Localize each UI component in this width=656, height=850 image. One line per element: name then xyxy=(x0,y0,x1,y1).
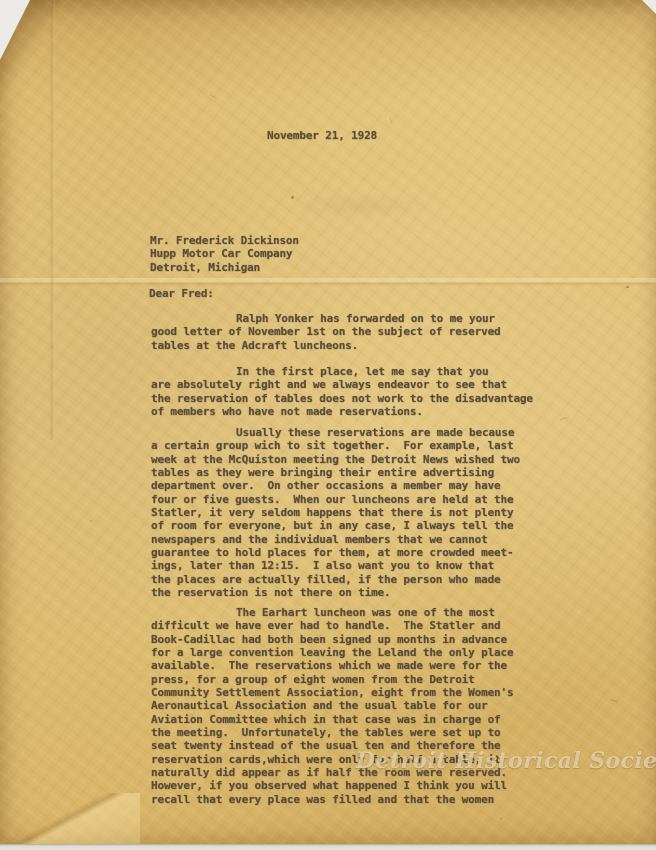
paper-fiber xyxy=(389,118,393,124)
paper-speck xyxy=(90,520,92,522)
paper-fiber xyxy=(210,94,216,99)
erased-text-smudge xyxy=(286,193,436,219)
paper-fiber xyxy=(610,699,618,702)
detroit-historical-society-watermark: Detroit Historical Society xyxy=(356,748,656,774)
letter-date: November 21, 1928 xyxy=(267,129,377,142)
vertical-crease xyxy=(49,0,55,440)
paragraph-earhart-luncheon: The Earhart luncheon was one of the most… xyxy=(151,606,513,806)
scanned-letter-page: November 21, 1928 Mr. Frederick Dickinso… xyxy=(0,0,656,850)
paper-speck xyxy=(626,286,629,288)
paragraph-usually-reservations: Usually these reservations are made beca… xyxy=(151,426,520,599)
paper-speck xyxy=(500,817,503,820)
recipient-address: Mr. Frederick Dickinson Hupp Motor Car C… xyxy=(150,234,299,274)
scanner-background-strip xyxy=(0,844,656,850)
paragraph-first-place: In the first place, let me say that you … xyxy=(151,365,533,418)
paper-speck xyxy=(291,196,294,199)
salutation: Dear Fred: xyxy=(149,287,214,300)
paper-fiber xyxy=(560,417,569,421)
bottom-left-fold xyxy=(0,793,140,844)
horizontal-fold-crease xyxy=(0,278,656,286)
paragraph-reserved-tables: Ralph Yonker has forwarded on to me your… xyxy=(151,312,501,352)
letter-paper: November 21, 1928 Mr. Frederick Dickinso… xyxy=(0,0,656,844)
